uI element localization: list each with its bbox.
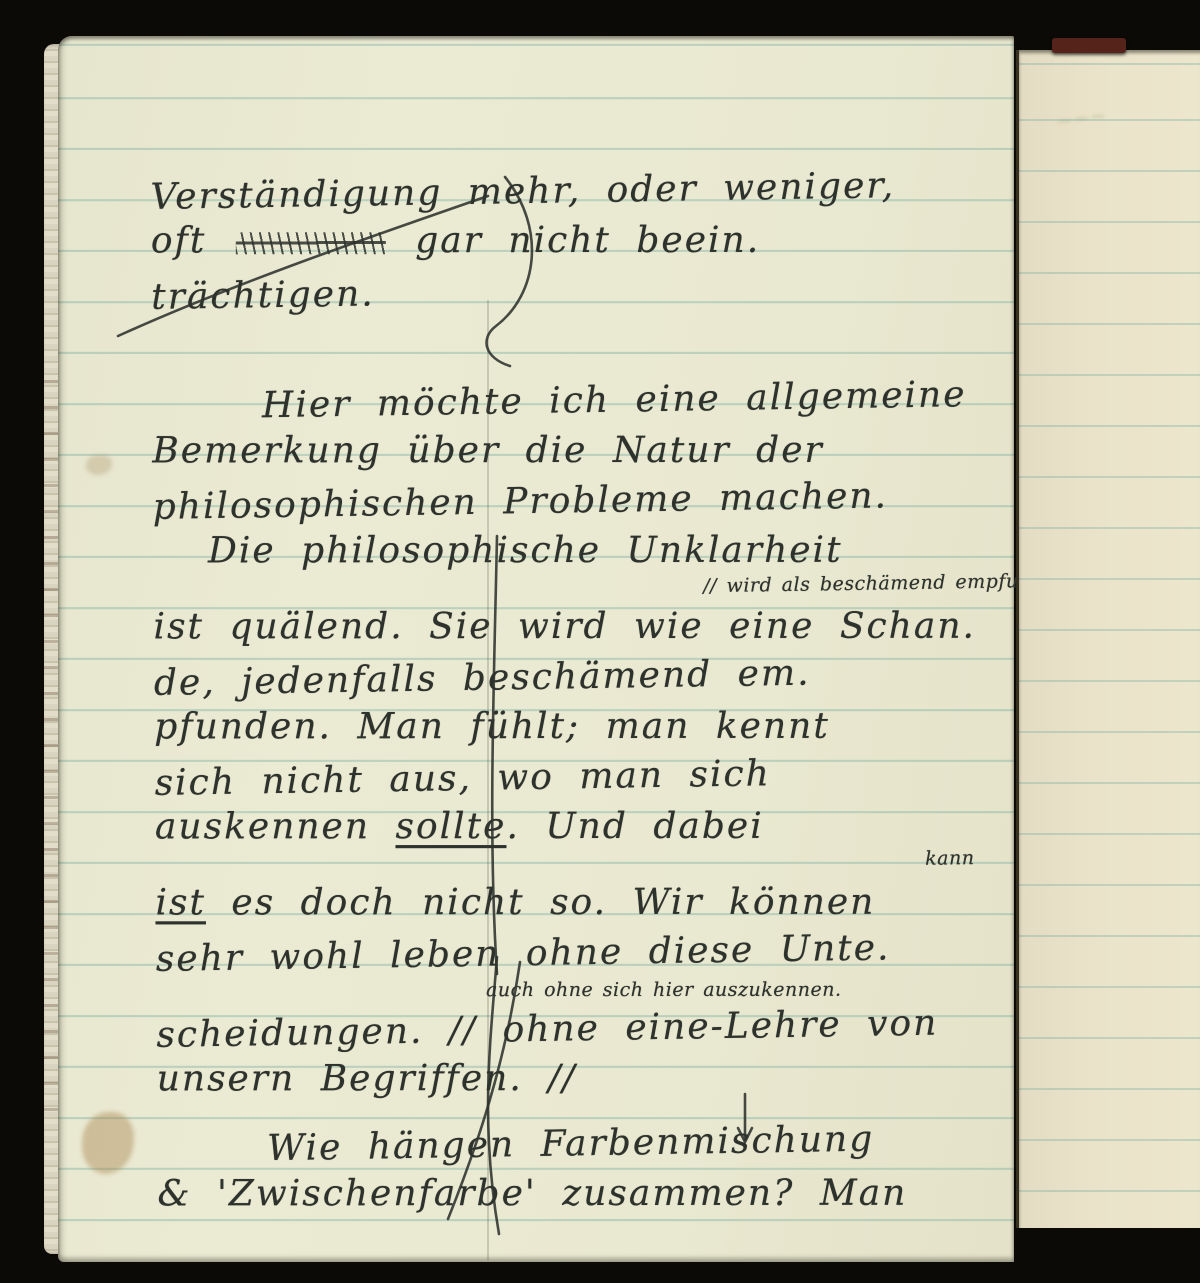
handwritten-line: unsern Begriffen. // (157, 1054, 1037, 1105)
page-edge-specks (44, 380, 58, 1120)
page-crease (487, 300, 489, 1260)
handwritten-line: de, jedenfalls beschämend em. (154, 645, 1035, 709)
handwritten-line: Bemerkung über die Natur der (152, 426, 1032, 477)
right-page: Kanin ewrist wMisedemgewähdes Bdie Fadie… (1016, 50, 1200, 1228)
handwriting-segment: sich nicht aus, wo man sich (154, 753, 771, 804)
notebook-photo: Verständigung mehr, oder weniger,oft gar… (0, 0, 1200, 1283)
handwritten-line: Wie hängen Farbenmischung (157, 1112, 1038, 1176)
handwritten-line: ist quälend. Sie wird wie eine Schan. (154, 602, 1034, 653)
crossed-out-scribble (236, 232, 386, 254)
handwriting-segment: & 'Zwischenfarbe' zusammen? Man (157, 1173, 907, 1215)
handwriting-segment: auch ohne sich hier auszukennen. (486, 979, 841, 1001)
handwriting-segment: ist quälend. Sie wird wie eine Schan. (154, 606, 976, 648)
handwritten-line: pfunden. Man fühlt; man kennt (154, 702, 1034, 753)
handwriting-segment: Hier möchte ich eine allgemeine (262, 374, 967, 426)
handwriting-segment: Verständigung mehr, oder weniger, (150, 165, 895, 218)
handwriting-segment: auskennen (155, 806, 396, 847)
handwriting-segment: pfunden. Man fühlt; man kennt (154, 706, 830, 748)
handwritten-line: sehr wohl leben ohne diese Unte. (155, 921, 1036, 985)
handwriting-segment: kann (925, 847, 975, 870)
handwriting-segment: . Und dabei (506, 806, 763, 847)
handwriting-segment: gar nicht beein. (390, 220, 760, 261)
handwritten-line: auskennen sollte. Und dabei (155, 802, 1035, 853)
handwritten-line: oft gar nicht beein. (151, 216, 1031, 267)
handwriting-segment: Die philosophische Unklarheit (208, 530, 843, 572)
handwritten-line: Die philosophische Unklarheit (153, 526, 1033, 577)
handwriting-segment: philosophischen Probleme machen. (152, 475, 888, 528)
handwriting-segment: unsern Begriffen. // (157, 1058, 577, 1099)
handwritten-line: scheidungen. // ohne eine-Lehre von (156, 997, 1037, 1061)
handwriting-segment: Wie hängen Farbenmischung (267, 1119, 875, 1170)
handwriting-segment: de, jedenfalls beschämend em. (154, 653, 811, 704)
handwritten-line: ist es doch nicht so. Wir können (155, 878, 1035, 929)
handwritten-line: Hier möchte ich eine allgemeine (152, 369, 1033, 433)
handwritten-line: sich nicht aus, wo man sich (154, 745, 1035, 809)
handwriting-segment: ist (155, 882, 206, 923)
paragraph: Hier möchte ich eine allgemeineBemerkung… (152, 373, 1037, 1107)
handwritten-line: & 'Zwischenfarbe' zusammen? Man (157, 1169, 1037, 1220)
handwriting-segment: trächtigen. (151, 273, 375, 318)
handwriting-segment: sollte (395, 806, 506, 847)
handwritten-line: philosophischen Probleme machen. (152, 469, 1033, 533)
handwriting-segment: scheidungen. // ohne eine-Lehre von (156, 1003, 939, 1056)
handwriting-segment: oft (151, 220, 232, 261)
handwriting-segment: es doch nicht so. Wir können (206, 882, 875, 924)
paragraph: Wie hängen Farbenmischung& 'Zwischenfarb… (157, 1116, 1038, 1222)
handwriting-segment: sehr wohl leben ohne diese Unte. (156, 927, 891, 980)
paragraph: Verständigung mehr, oder weniger,oft gar… (150, 163, 1031, 319)
spine-fragment (1052, 38, 1126, 53)
left-page: Verständigung mehr, oder weniger,oft gar… (58, 36, 1014, 1262)
handwritten-line: Verständigung mehr, oder weniger, (150, 159, 1031, 223)
left-page-handwriting: Verständigung mehr, oder weniger,oft gar… (150, 163, 1037, 1222)
handwritten-line: trächtigen. (151, 259, 1032, 323)
